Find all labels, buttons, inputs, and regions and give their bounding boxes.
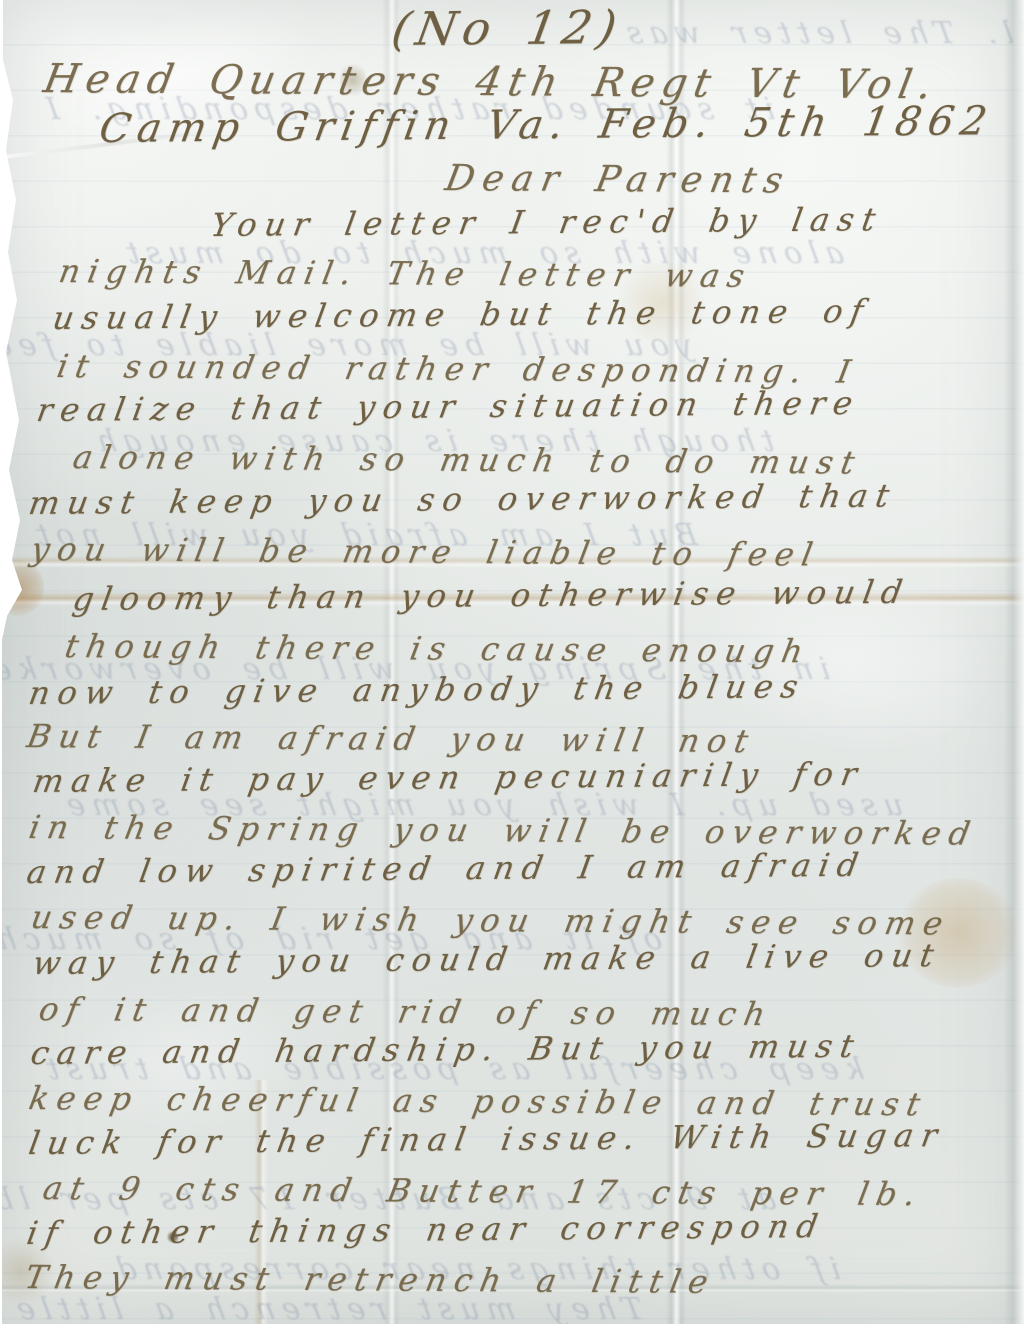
body-line: if other things near correspond	[24, 1207, 828, 1252]
body-line: must keep you so overworked that	[26, 476, 900, 522]
bleed-through-line: nights Mail. The letter was	[617, 16, 1024, 51]
body-line: though there is cause enough	[62, 627, 814, 670]
page-right-edge	[1004, 0, 1024, 1324]
body-line: and low spirited and I am afraid	[24, 846, 869, 891]
body-line: now to give anybody the blues	[26, 667, 809, 712]
letter-scan: nights Mail. The letter was it sounded r…	[0, 0, 1024, 1324]
letter-number: (No 12)	[388, 0, 626, 56]
body-line: you will be more liable to feel	[28, 530, 824, 574]
body-line: gloomy than you otherwise would	[70, 573, 913, 618]
body-line: way that you could make a live out	[30, 936, 944, 982]
body-line: Your letter I rec'd by last	[208, 200, 886, 244]
body-line: luck for the final issue. With Sugar	[26, 1116, 948, 1162]
body-line: realize that your situation there	[34, 384, 863, 429]
salutation: Dear Parents	[442, 158, 794, 201]
body-line: alone with so much to do must	[70, 438, 866, 482]
body-line: They must retrench a little	[22, 1258, 719, 1301]
body-line: care and hardship. But you must	[28, 1027, 864, 1072]
body-line: used up. I wish you might see some	[28, 898, 954, 942]
body-line: nights Mail. The letter was	[56, 252, 755, 295]
body-line: make it pay even pecuniarily for	[30, 755, 868, 800]
heading-line: Camp Griffin Va. Feb. 5th 1862	[96, 98, 997, 152]
body-line: usually welcome but the tone of	[50, 292, 874, 337]
body-line: of it and get rid of so much	[36, 990, 776, 1033]
body-line: But I am afraid you will not	[24, 717, 759, 760]
